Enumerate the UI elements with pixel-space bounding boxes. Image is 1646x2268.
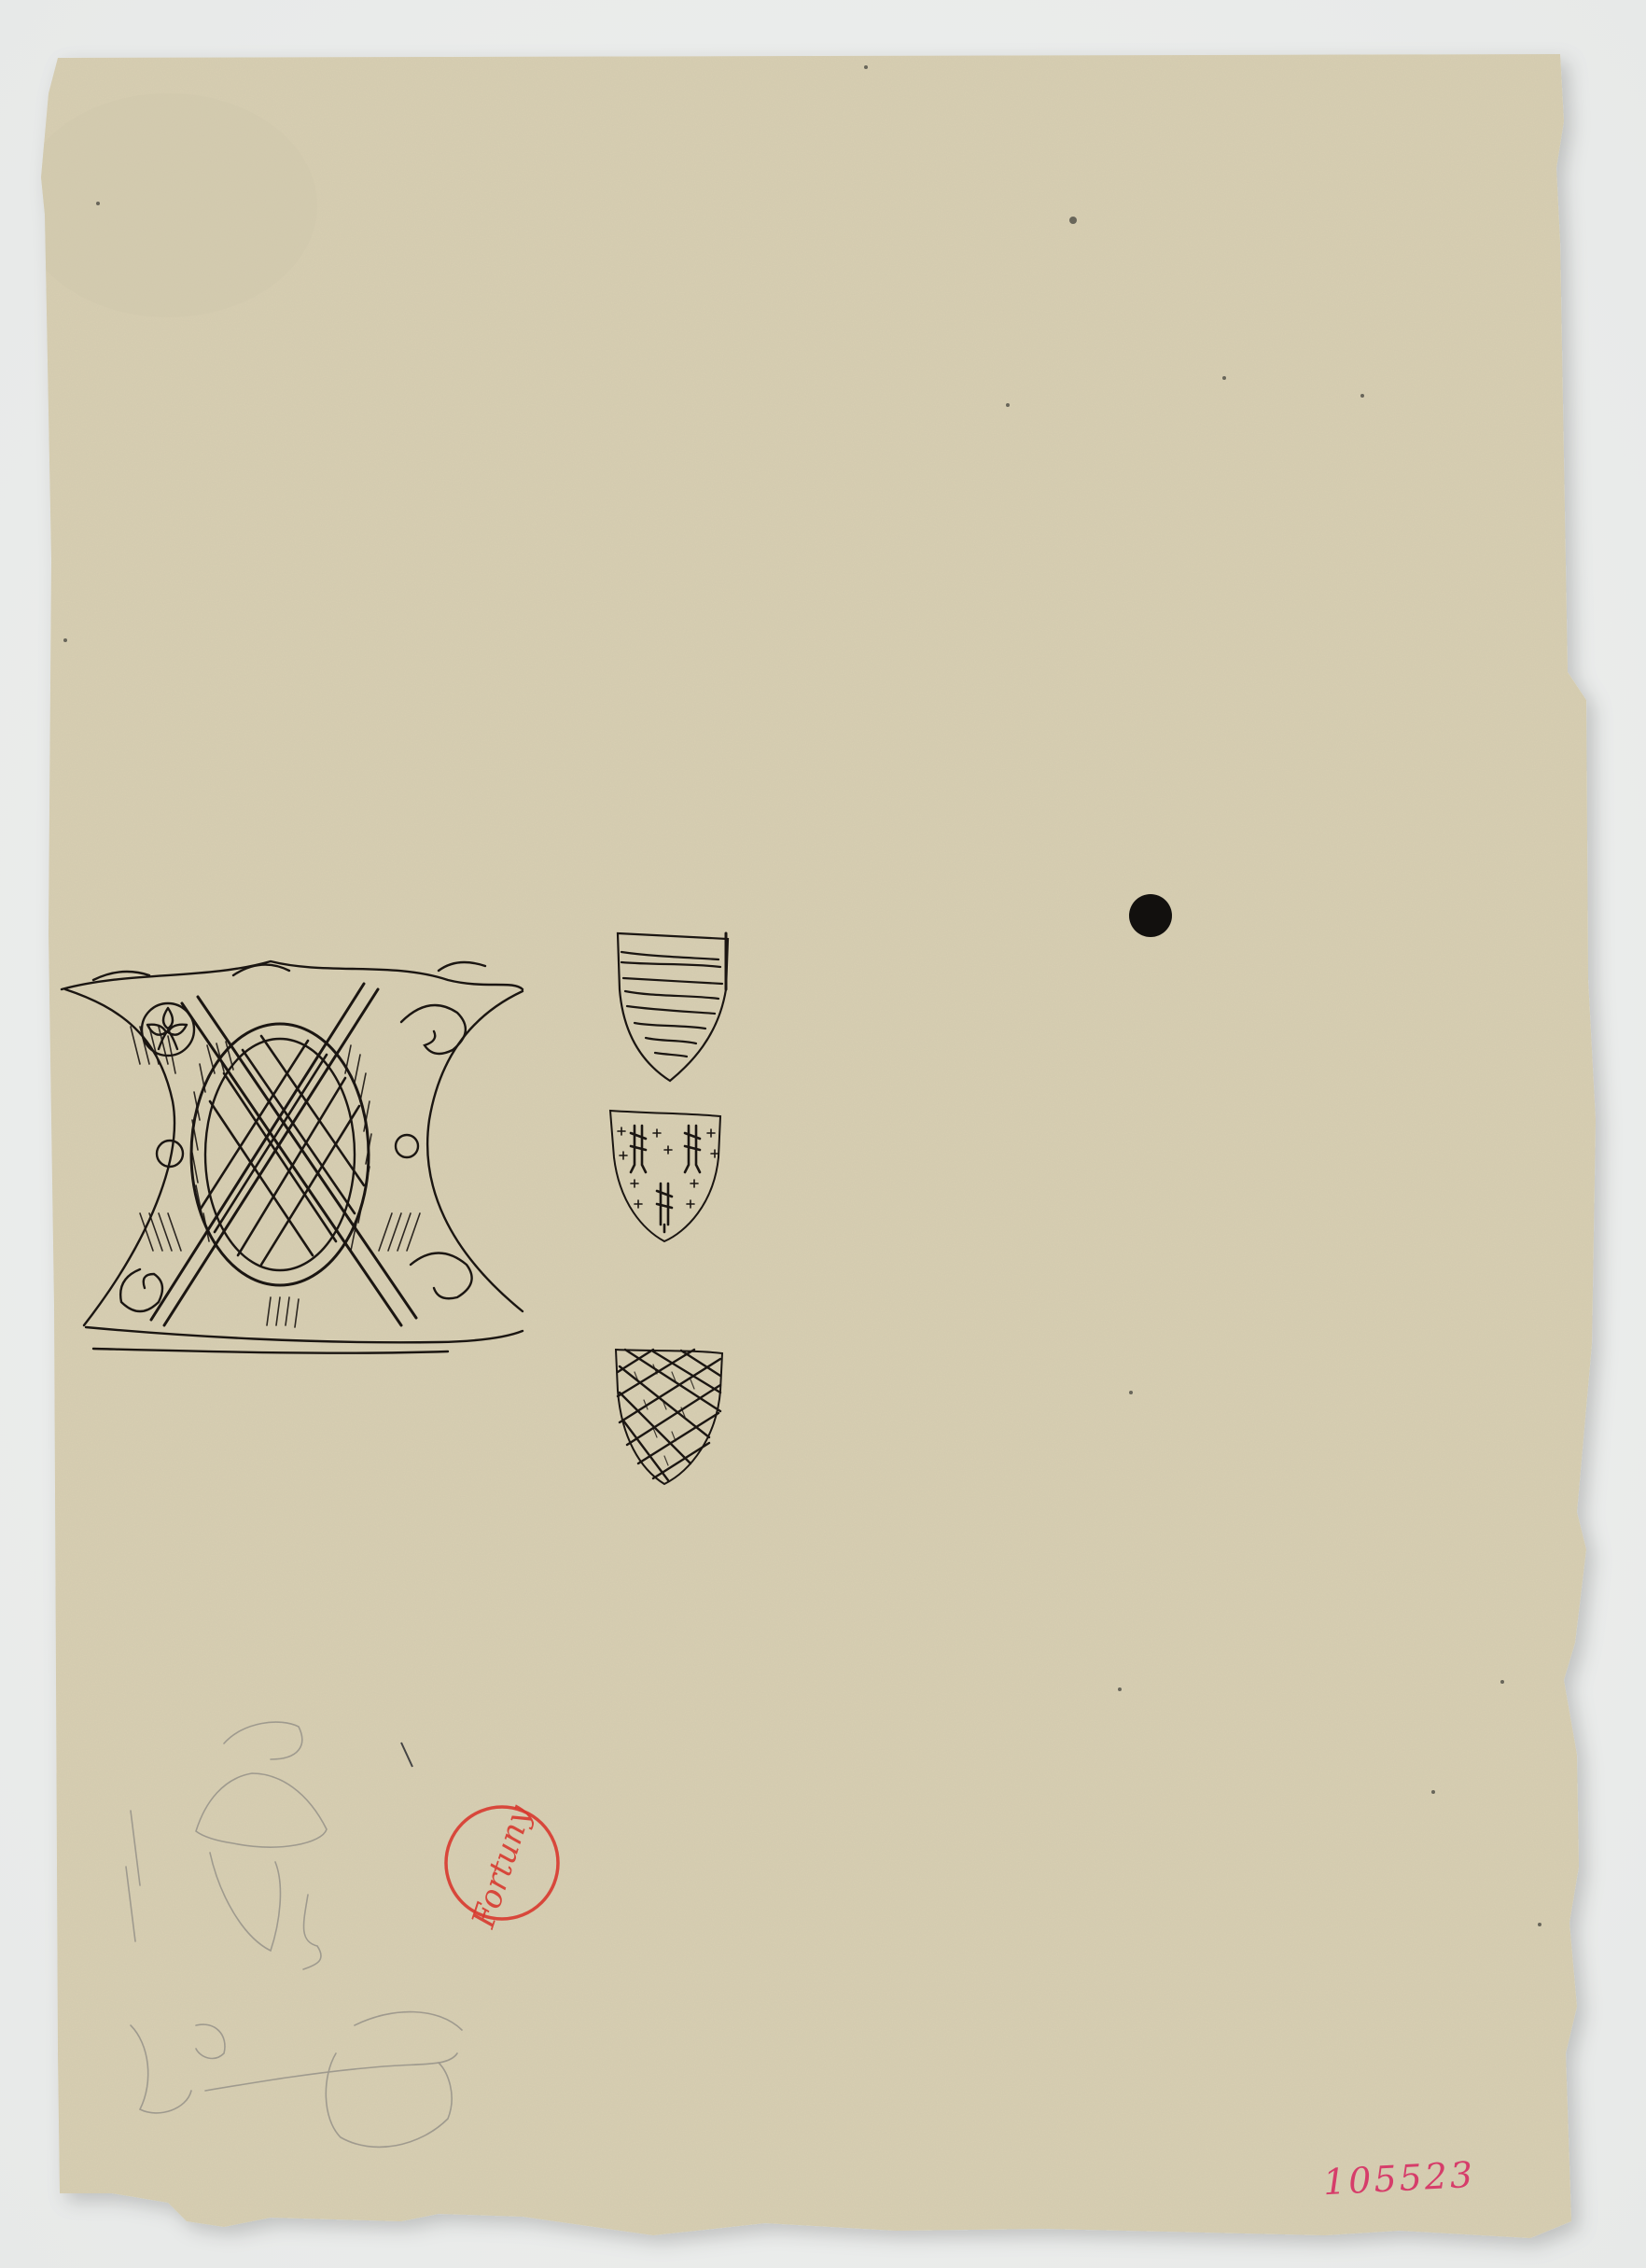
- ink-dot: [1129, 894, 1172, 937]
- paper-sheet: Fortuny 105523: [0, 0, 1646, 2268]
- inventory-number: 105523: [1322, 2154, 1476, 2203]
